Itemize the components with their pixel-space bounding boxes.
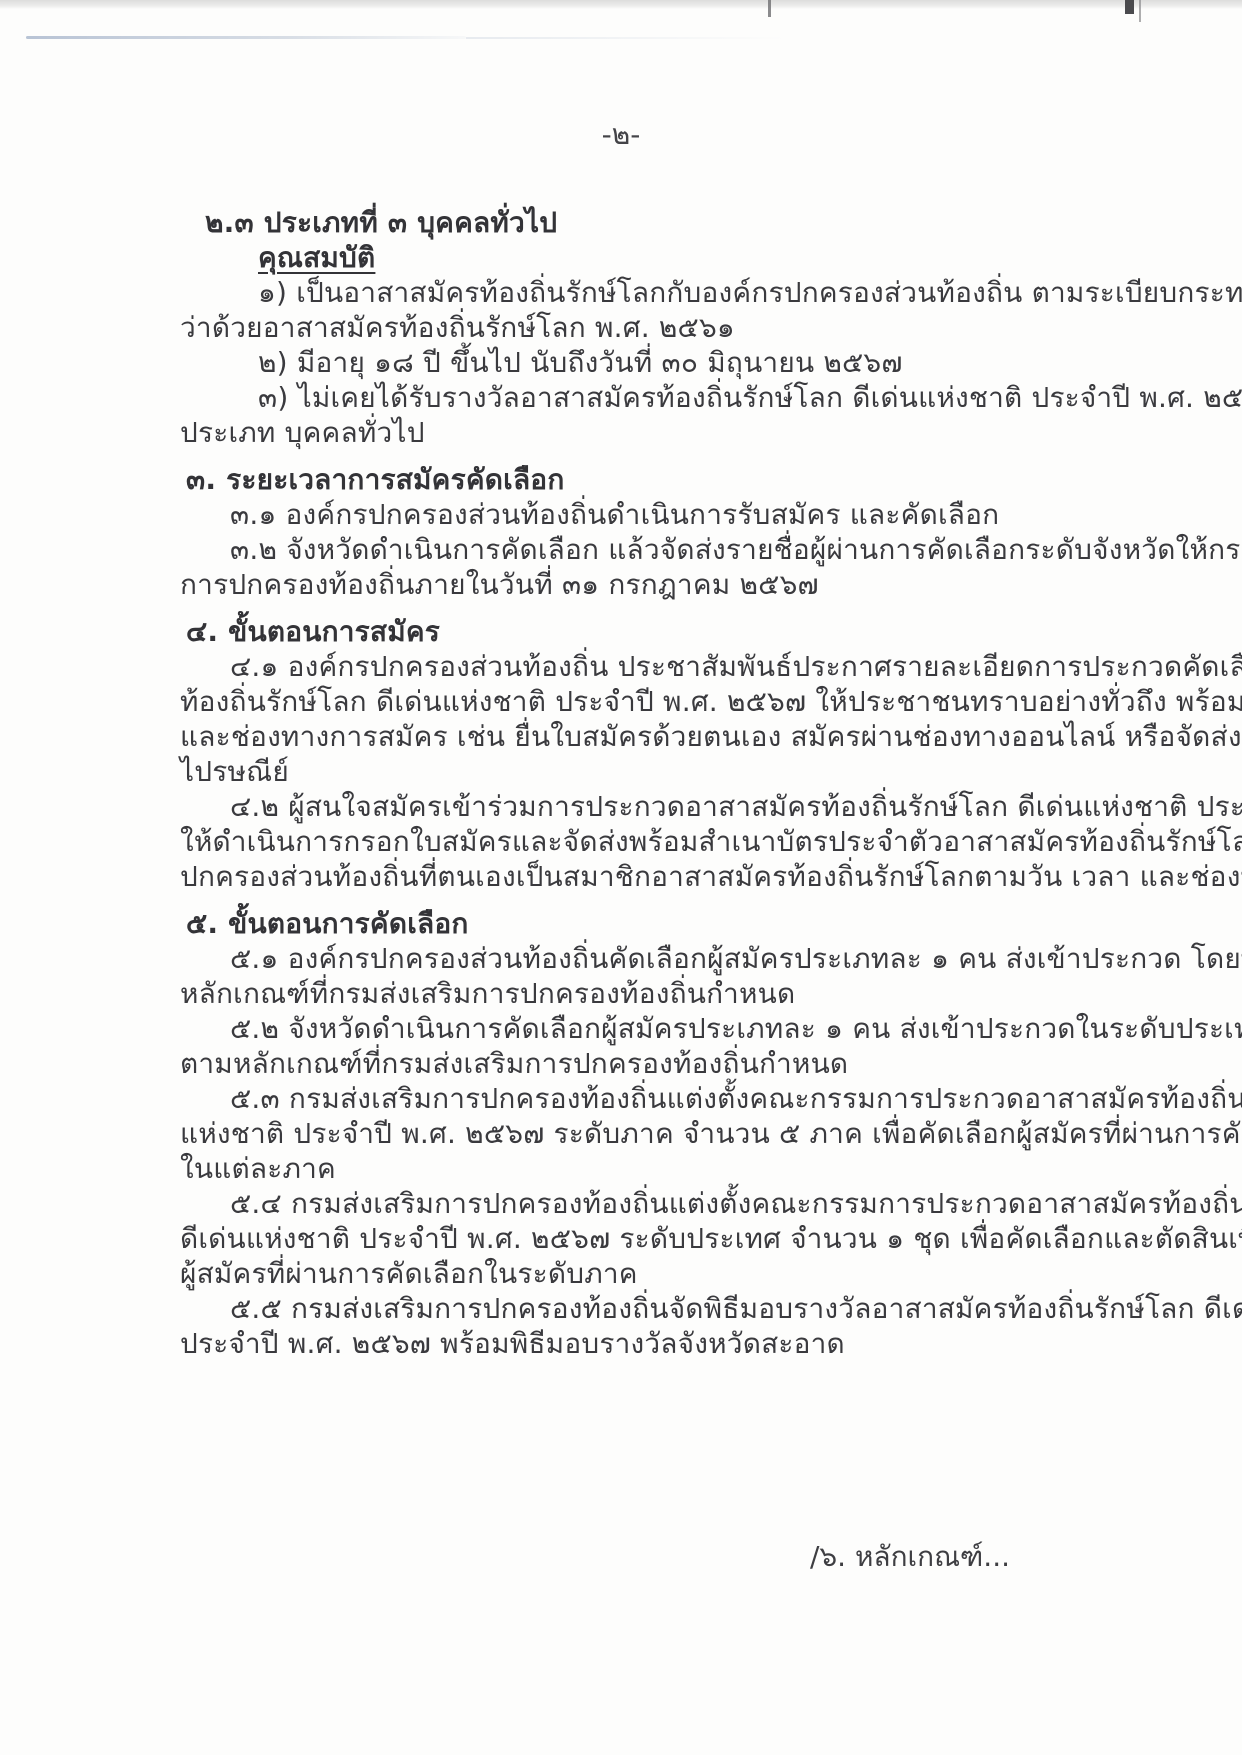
section-heading-5: ๕. ขั้นตอนการคัดเลือก [0,906,1242,941]
text-line: ให้ดำเนินการกรอกใบสมัครและจัดส่งพร้อมสำเ… [0,824,1242,859]
text-line: ประเภท บุคคลทั่วไป [0,415,1242,450]
section-heading-2-3: ๒.๓ ประเภทที่ ๓ บุคคลทั่วไป [0,205,1242,240]
text-line: ดีเด่นแห่งชาติ ประจำปี พ.ศ. ๒๕๖๗ ระดับปร… [0,1221,1242,1256]
footer-continuation-note: /๖. หลักเกณฑ์... [810,1540,1010,1574]
text-line: ๓.๒ จังหวัดดำเนินการคัดเลือก แล้วจัดส่งร… [0,532,1242,567]
text-line: ว่าด้วยอาสาสมัครท้องถิ่นรักษ์โลก พ.ศ. ๒๕… [0,310,1242,345]
text-line: ๔.๒ ผู้สนใจสมัครเข้าร่วมการประกวดอาสาสมั… [0,789,1242,824]
text-line: ตามหลักเกณฑ์ที่กรมส่งเสริมการปกครองท้องถ… [0,1046,1242,1081]
text-line: ๓) ไม่เคยได้รับรางวัลอาสาสมัครท้องถิ่นรั… [0,380,1242,415]
text-line: ไปรษณีย์ [0,754,1242,789]
scan-smudge-line [26,36,466,39]
scanner-edge-strip [0,0,1242,9]
text-line: ๕.๑ องค์กรปกครองส่วนท้องถิ่นคัดเลือกผู้ส… [0,941,1242,976]
text-line: และช่องทางการสมัคร เช่น ยื่นใบสมัครด้วยต… [0,719,1242,754]
qualifications-title: คุณสมบัติ [0,240,1242,275]
text-line: ๕.๔ กรมส่งเสริมการปกครองท้องถิ่นแต่งตั้ง… [0,1186,1242,1221]
text-line: หลักเกณฑ์ที่กรมส่งเสริมการปกครองท้องถิ่น… [0,976,1242,1011]
text-line: ๕.๕ กรมส่งเสริมการปกครองท้องถิ่นจัดพิธีม… [0,1291,1242,1326]
text-line: ๑) เป็นอาสาสมัครท้องถิ่นรักษ์โลกกับองค์ก… [0,275,1242,310]
scanned-document-page: -๒- ๒.๓ ประเภทที่ ๓ บุคคลทั่วไป คุณสมบัต… [0,0,1242,1755]
document-body: ๒.๓ ประเภทที่ ๓ บุคคลทั่วไป คุณสมบัติ ๑)… [0,205,1242,1361]
text-line: ในแต่ละภาค [0,1151,1242,1186]
text-line: ผู้สมัครที่ผ่านการคัดเลือกในระดับภาค [0,1256,1242,1291]
text-line: ๕.๒ จังหวัดดำเนินการคัดเลือกผู้สมัครประเ… [0,1011,1242,1046]
text-line: ๒) มีอายุ ๑๘ ปี ขึ้นไป นับถึงวันที่ ๓๐ ม… [0,345,1242,380]
text-line: การปกครองท้องถิ่นภายในวันที่ ๓๑ กรกฎาคม … [0,567,1242,602]
section-heading-3: ๓. ระยะเวลาการสมัครคัดเลือก [0,462,1242,497]
scan-smudge-line [466,37,786,39]
section-heading-4: ๔. ขั้นตอนการสมัคร [0,614,1242,649]
text-line: ๔.๑ องค์กรปกครองส่วนท้องถิ่น ประชาสัมพัน… [0,649,1242,684]
text-line: ท้องถิ่นรักษ์โลก ดีเด่นแห่งชาติ ประจำปี … [0,684,1242,719]
scan-artifact-mark [768,0,771,17]
scan-artifact-mark [1139,0,1141,22]
text-line: ๓.๑ องค์กรปกครองส่วนท้องถิ่นดำเนินการรับ… [0,497,1242,532]
scan-artifact-mark [1125,0,1134,14]
text-line: ปกครองส่วนท้องถิ่นที่ตนเองเป็นสมาชิกอาสา… [0,859,1242,894]
text-line: ประจำปี พ.ศ. ๒๕๖๗ พร้อมพิธีมอบรางวัลจังห… [0,1326,1242,1361]
text-line: แห่งชาติ ประจำปี พ.ศ. ๒๕๖๗ ระดับภาค จำนว… [0,1116,1242,1151]
text-line: ๕.๓ กรมส่งเสริมการปกครองท้องถิ่นแต่งตั้ง… [0,1081,1242,1116]
page-number: -๒- [0,118,1242,152]
